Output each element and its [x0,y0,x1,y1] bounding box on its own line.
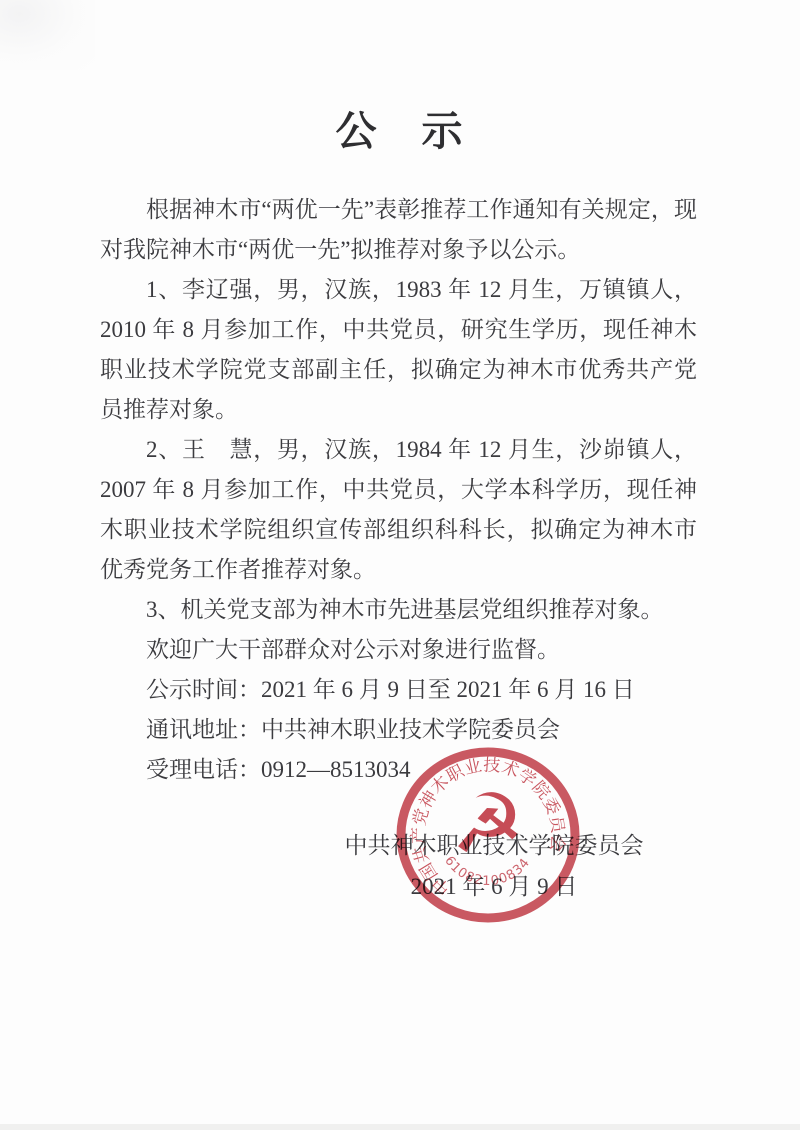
paragraph-intro: 根据神木市“两优一先”表彰推荐工作通知有关规定，现对我院神木市“两优一先”拟推荐… [100,190,697,270]
paragraph-candidate-2: 2、王 慧，男，汉族，1984 年 12 月生，沙峁镇人，2007 年 8 月参… [100,430,697,590]
page-title: 公 示 [0,98,800,157]
paragraph-supervision: 欢迎广大干部群众对公示对象进行监督。 [100,630,697,670]
notice-body: 根据神木市“两优一先”表彰推荐工作通知有关规定，现对我院神木市“两优一先”拟推荐… [100,190,697,790]
official-seal: 中国共产党神木职业技术学院委员会 ☭ 6108210083464 [389,742,587,932]
paragraph-candidate-1: 1、李辽强，男，汉族，1983 年 12 月生，万镇镇人，2010 年 8 月参… [100,270,697,430]
scan-bottom-edge [0,1124,800,1130]
scanned-notice-page: 公 示 根据神木市“两优一先”表彰推荐工作通知有关规定，现对我院神木市“两优一先… [0,0,800,1130]
scan-smudge [0,0,95,70]
paragraph-candidate-3: 3、机关党支部为神木市先进基层党组织推荐对象。 [100,590,697,630]
hammer-sickle-icon: ☭ [451,777,525,872]
paragraph-notice-time: 公示时间：2021 年 6 月 9 日至 2021 年 6 月 16 日 [100,670,697,710]
